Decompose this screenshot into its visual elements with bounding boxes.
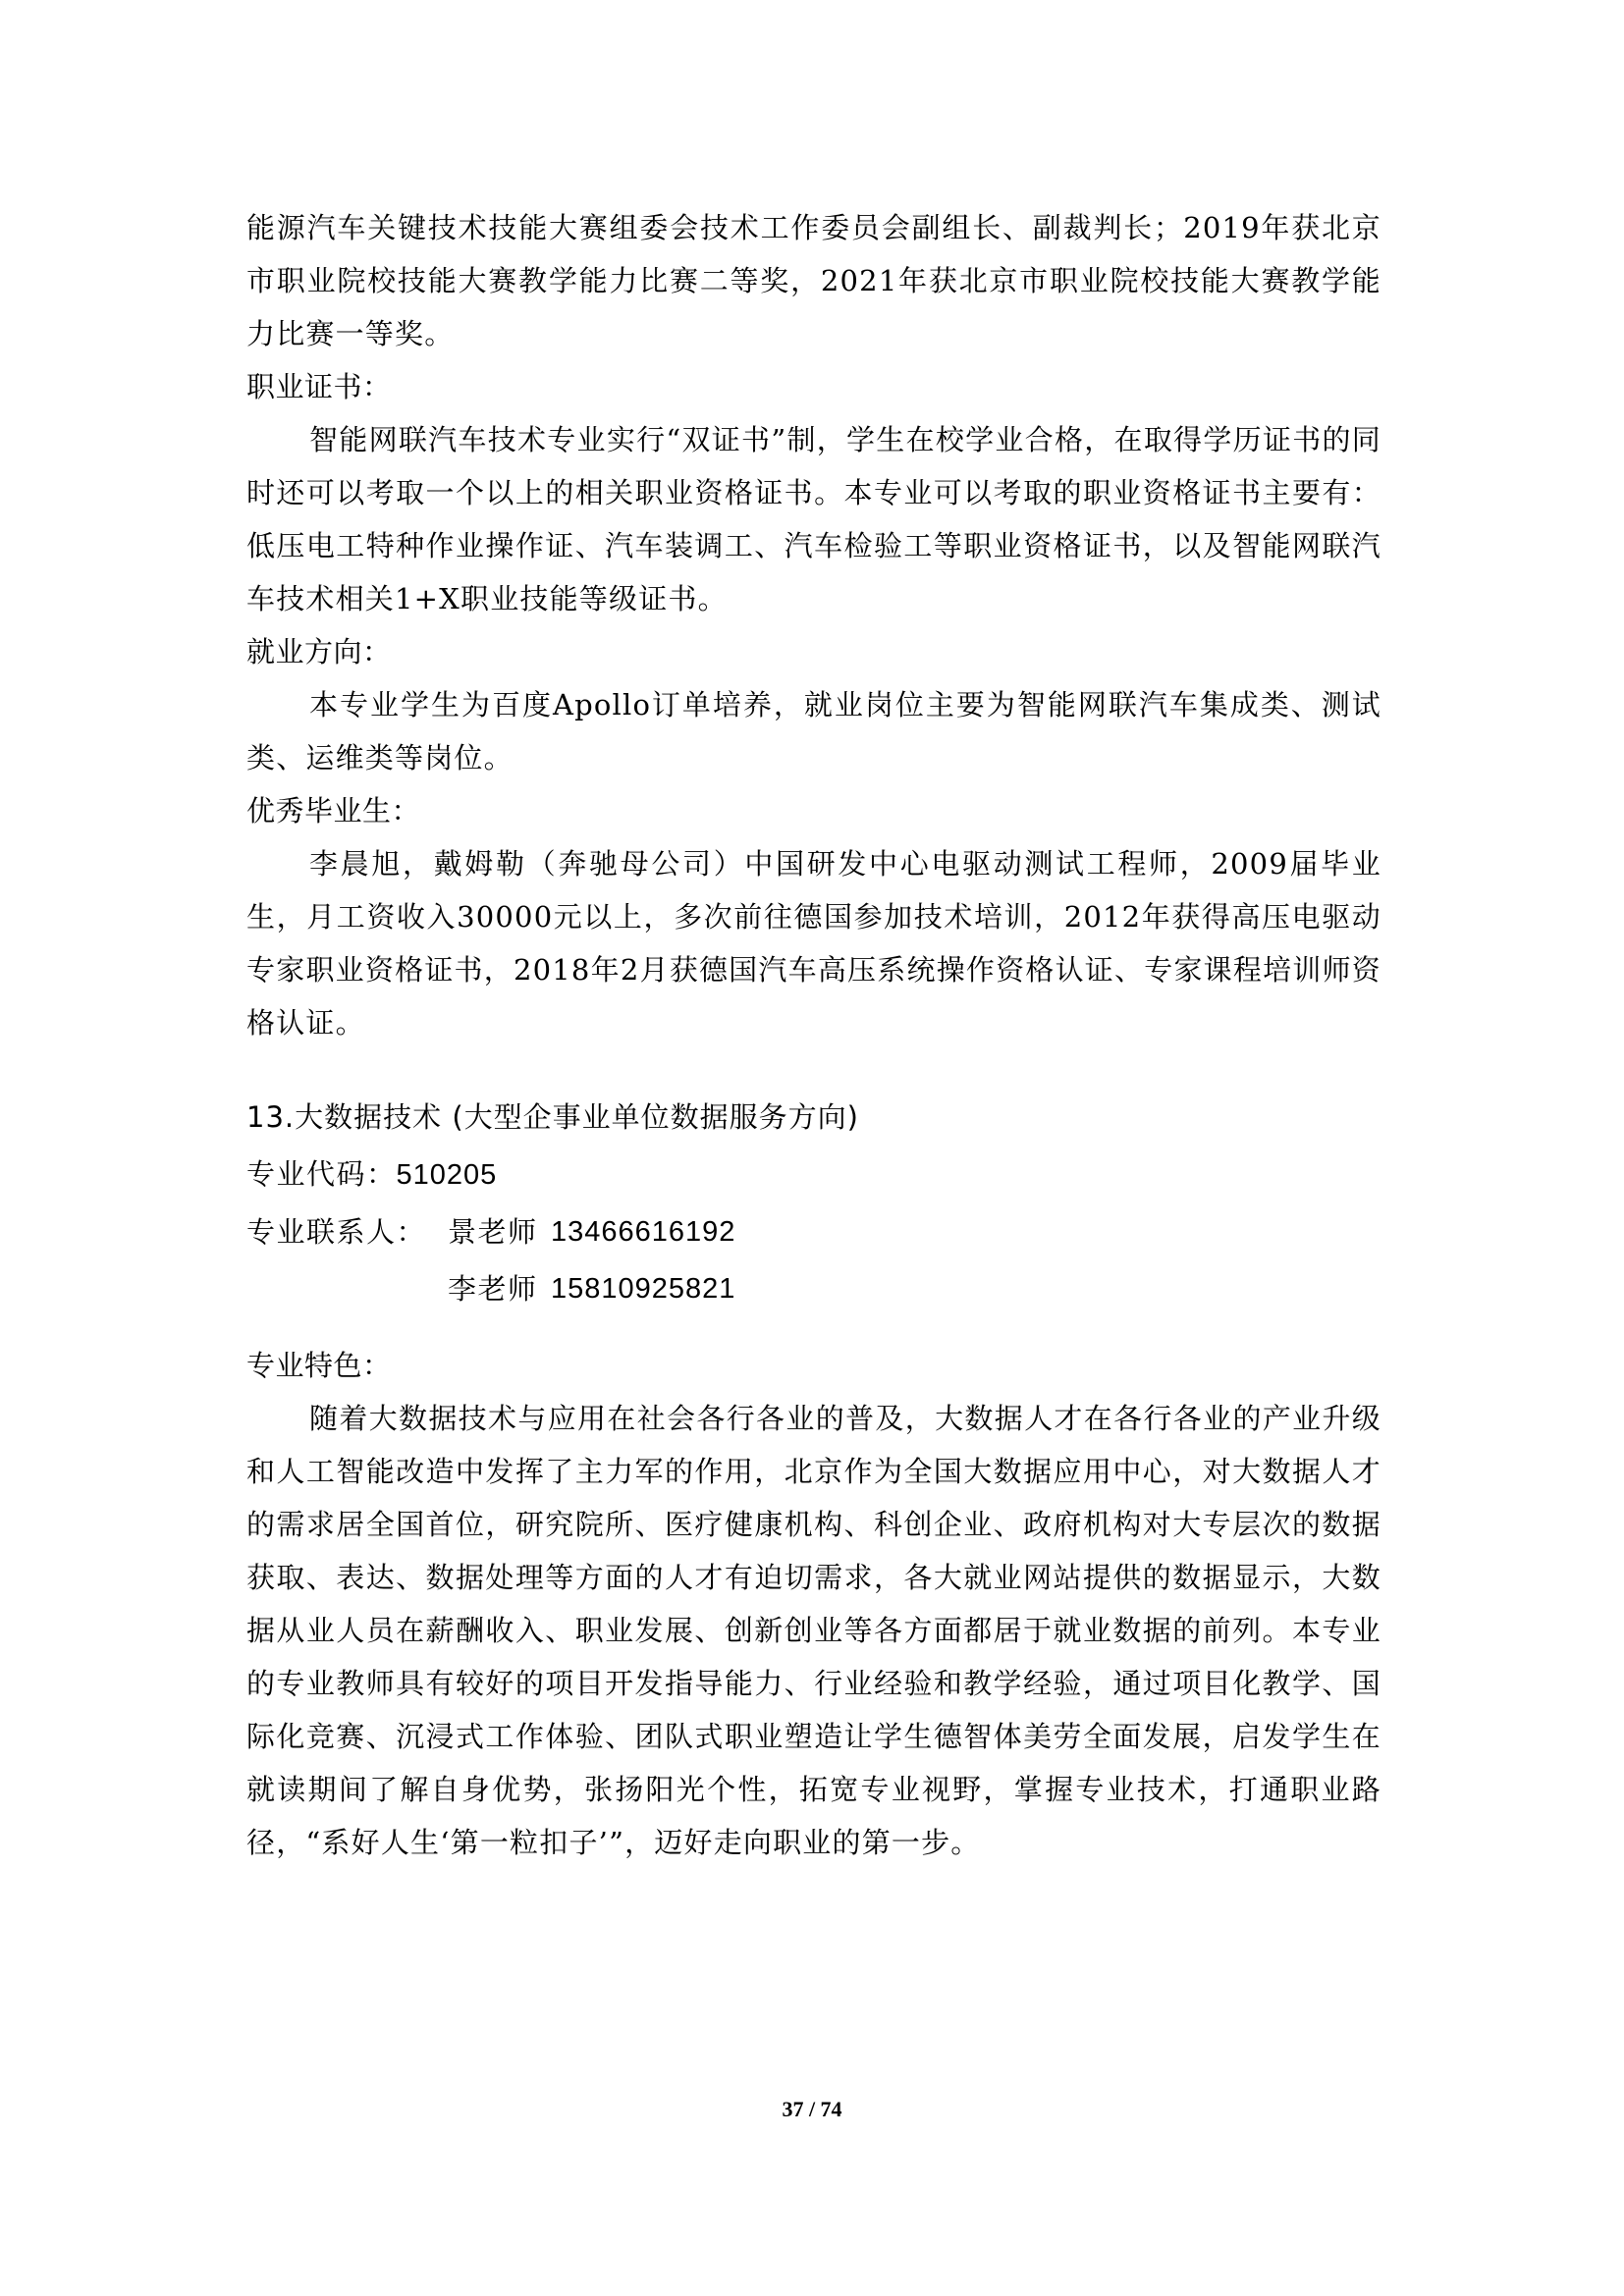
contact-name: 李老师 xyxy=(448,1260,551,1317)
document-page: 能源汽车关键技术技能大赛组委会技术工作委员会副组长、副裁判长；2019年获北京市… xyxy=(246,201,1381,1869)
features-paragraph: 随着大数据技术与应用在社会各行各业的普及，大数据人才在各行各业的产业升级和人工智… xyxy=(246,1392,1381,1869)
section-spacer xyxy=(246,1049,1381,1089)
contact-phone: 13466616192 xyxy=(551,1203,735,1260)
contact-name: 景老师 xyxy=(448,1203,551,1260)
major-code-row: 专业代码：510205 xyxy=(246,1146,1381,1203)
certificates-heading: 职业证书： xyxy=(246,360,1381,413)
certificates-paragraph: 智能网联汽车技术专业实行“双证书”制，学生在校学业合格，在取得学历证书的同时还可… xyxy=(246,413,1381,625)
contact-row-2: 李老师 15810925821 xyxy=(246,1260,1381,1317)
contact-row-1: 专业联系人： 景老师 13466616192 xyxy=(246,1203,1381,1260)
graduates-heading: 优秀毕业生： xyxy=(246,784,1381,837)
contact-phone: 15810925821 xyxy=(551,1260,735,1317)
section-spacer xyxy=(246,1317,1381,1339)
major-code-label: 专业代码： xyxy=(246,1157,397,1191)
page-number: 37 / 74 xyxy=(0,2097,1624,2122)
employment-heading: 就业方向： xyxy=(246,625,1381,678)
section-13-title: 13.大数据技术 (大型企事业单位数据服务方向) xyxy=(246,1089,1381,1146)
major-code-value: 510205 xyxy=(397,1159,498,1191)
contact-label-spacer xyxy=(246,1260,448,1317)
graduates-paragraph: 李晨旭，戴姆勒（奔驰母公司）中国研发中心电驱动测试工程师，2009届毕业生，月工… xyxy=(246,837,1381,1049)
employment-paragraph: 本专业学生为百度Apollo订单培养，就业岗位主要为智能网联汽车集成类、测试类、… xyxy=(246,678,1381,784)
features-heading: 专业特色： xyxy=(246,1339,1381,1392)
contact-label: 专业联系人： xyxy=(246,1203,448,1260)
continuation-paragraph: 能源汽车关键技术技能大赛组委会技术工作委员会副组长、副裁判长；2019年获北京市… xyxy=(246,201,1381,360)
